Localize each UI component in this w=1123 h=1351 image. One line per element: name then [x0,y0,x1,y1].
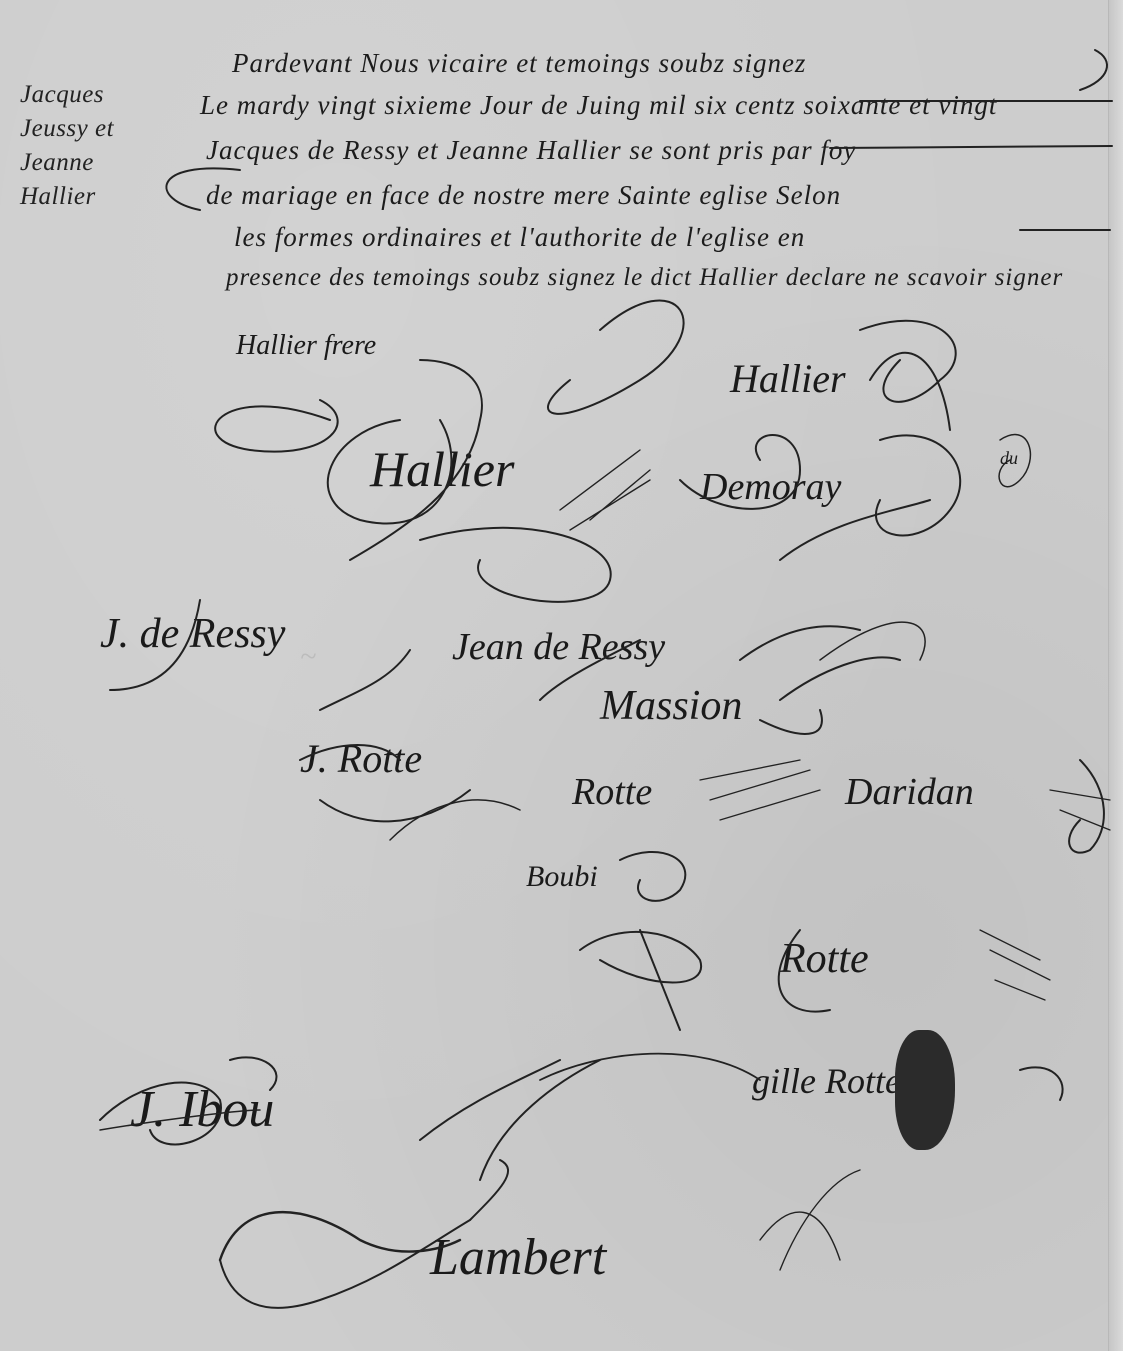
signature-hallier-top: Hallier [730,355,846,402]
signature-rotte-1: Rotte [572,770,652,814]
signature-massion: Massion [600,682,742,730]
entry-line-4: de mariage en face de nostre mere Sainte… [206,180,841,211]
margin-note: Jacques Jeussy et Jeanne Hallier [20,78,180,214]
entry-line-5: les formes ordinaires et l'authorite de … [234,222,805,253]
signature-j-rotte: J. Rotte [300,735,422,782]
signature-rotte-2: Rotte [780,935,869,983]
entry-line-1: Pardevant Nous vicaire et temoings soubz… [232,48,806,79]
signature-du: du [1000,448,1018,469]
margin-line: Jeanne [20,146,180,180]
signature-lambert: Lambert [430,1228,606,1287]
register-page: ~ Jacques Jeussy et Jeanne Hallier Parde… [0,0,1123,1351]
entry-line-6: presence des temoings soubz signez le di… [226,264,1063,292]
signature-hallier-large: Hallier [370,440,514,498]
ink-blot [895,1030,955,1150]
entry-line-3: Jacques de Ressy et Jeanne Hallier se so… [206,135,856,166]
signature-jean-de-ressy: Jean de Ressy [452,625,665,669]
entry-line-2: Le mardy vingt sixieme Jour de Juing mil… [200,90,997,121]
signature-hallier-frere: Hallier frere [236,330,376,362]
signature-boubi: Boubi [526,860,598,894]
margin-line: Jacques [20,78,180,112]
margin-line: Jeussy et [20,112,180,146]
signature-gille-rotte: gille Rotte [752,1060,901,1102]
page-edge [1108,0,1123,1351]
bleed-through-text: ~ [300,640,316,674]
signature-j-ibou: J. Ibou [130,1080,274,1139]
margin-line: Hallier [20,180,180,214]
signature-demoray: Demoray [700,465,841,509]
signature-j-de-ressy: J. de Ressy [100,610,285,658]
signature-daridan: Daridan [845,770,974,814]
